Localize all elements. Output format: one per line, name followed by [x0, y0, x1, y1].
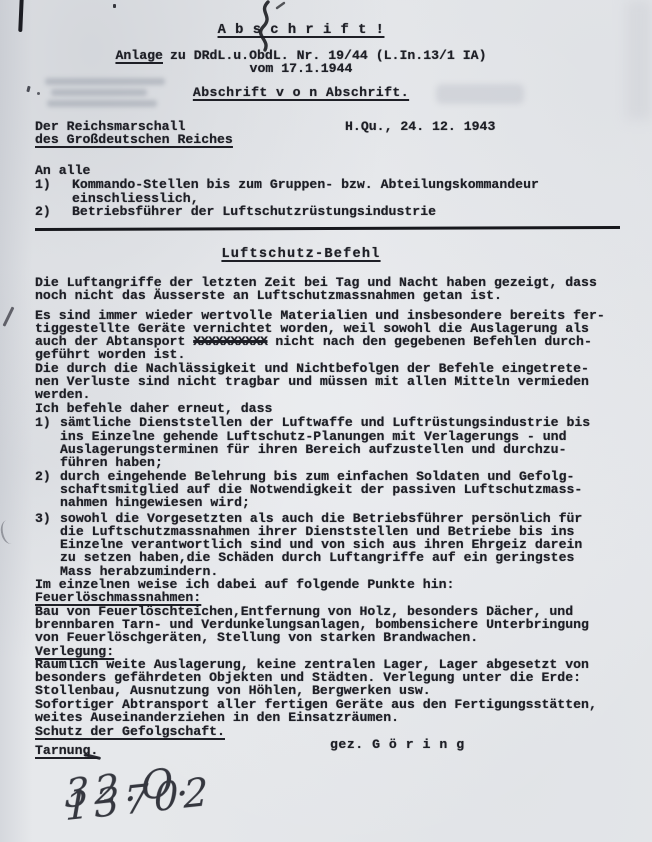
date-line: H.Qu., 24. 12. 1943 — [345, 120, 495, 133]
distribution-item: 1) Kommando-Stellen bis zum Gruppen- bzw… — [35, 178, 628, 205]
order-body: Die Luftangriffe der letzten Zeit bei Ta… — [35, 276, 628, 757]
section-body: Räumlich weite Auslagerung, keine zentra… — [35, 658, 628, 724]
paragraph-3: Die durch die Nachlässigkeit und Nichtbe… — [35, 362, 628, 402]
obliterated-word: XXXXXXXXXX — [193, 334, 267, 349]
scan-artifact-curve — [0, 519, 19, 546]
document-subtitle: Abschrift v o n Abschrift. — [0, 86, 602, 99]
scanned-document-page: A b s c h r i f t ! Anlagezu DRdL.u.ObdL… — [0, 0, 652, 842]
item-number: 3) — [35, 512, 60, 525]
paragraph-2: Es sind immer wieder wertvolle Materiali… — [35, 309, 628, 362]
item-number: 2) — [35, 205, 72, 218]
item-number: 2) — [35, 470, 60, 483]
closing-text: Schutz der Gefolgschaft. — [35, 725, 225, 738]
order-heading: Luftschutz-Befehl — [0, 248, 602, 261]
annex-reference: Anlagezu DRdL.u.ObdL. Nr. 19/44 (L.In.13… — [0, 49, 602, 76]
handwritten-registry-number: 32.O. 13702 — [65, 759, 344, 815]
section-body: Bau von Feuerlöschteichen,Entfernung von… — [35, 605, 628, 645]
distribution-item: 2) Betriebsführer der Luftschutzrüstungs… — [35, 205, 628, 218]
annex-date: vom 17.1.1944 — [0, 62, 602, 75]
order-item: 3) sowohl die Vorgesetzten als auch die … — [35, 512, 628, 578]
sender-block: Der Reichsmarschall des Großdeutschen Re… — [35, 120, 233, 147]
distribution-intro: An alle — [35, 164, 628, 177]
item-number: 1) — [35, 178, 72, 191]
order-item: 1) sämtliche Dienststellen der Luftwaffe… — [35, 416, 628, 469]
item-text: sowohl die Vorgesetzten als auch die Bet… — [60, 512, 582, 578]
sender-name: Der Reichsmarschall — [35, 120, 233, 133]
distribution-block: An alle 1) Kommando-Stellen bis zum Grup… — [35, 164, 628, 218]
scan-artifact-edge-smudge — [626, 0, 652, 120]
closing-text: Tarnung. — [35, 744, 98, 757]
document-title: A b s c h r i f t ! — [0, 24, 602, 37]
item-text: Betriebsführer der Luftschutzrüstungsind… — [72, 205, 436, 218]
section-heading: Feuerlöschmassnahmen: — [35, 591, 201, 604]
order-intro: Ich befehle daher erneut, dass — [35, 402, 628, 415]
points-intro: Im einzelnen weise ich dabei auf folgend… — [35, 578, 628, 591]
item-text: sämtliche Dienststellen der Luftwaffe un… — [60, 416, 590, 469]
item-text: Kommando-Stellen bis zum Gruppen- bzw. A… — [72, 178, 539, 205]
scan-artifact-slash — [3, 307, 14, 327]
item-text: durch eingehende Belehrung bis zum einfa… — [60, 470, 582, 510]
sender-title: des Großdeutschen Reiches — [35, 133, 233, 146]
scan-artifact-speck — [113, 4, 116, 8]
order-items: 1) sämtliche Dienststellen der Luftwaffe… — [35, 416, 628, 578]
section-firefighting: Feuerlöschmassnahmen: Bau von Feuerlösch… — [35, 591, 628, 644]
section-heading: Verlegung: — [35, 645, 114, 658]
paragraph-1: Die Luftangriffe der letzten Zeit bei Ta… — [35, 276, 628, 303]
horizontal-rule — [35, 226, 620, 231]
signature-line: gez. G ö r i n g — [330, 738, 465, 751]
item-number: 1) — [35, 416, 60, 429]
section-relocation: Verlegung: Räumlich weite Auslagerung, k… — [35, 645, 628, 725]
annex-word: Anlage — [115, 48, 162, 63]
order-item: 2) durch eingehende Belehrung bis zum ei… — [35, 470, 628, 510]
